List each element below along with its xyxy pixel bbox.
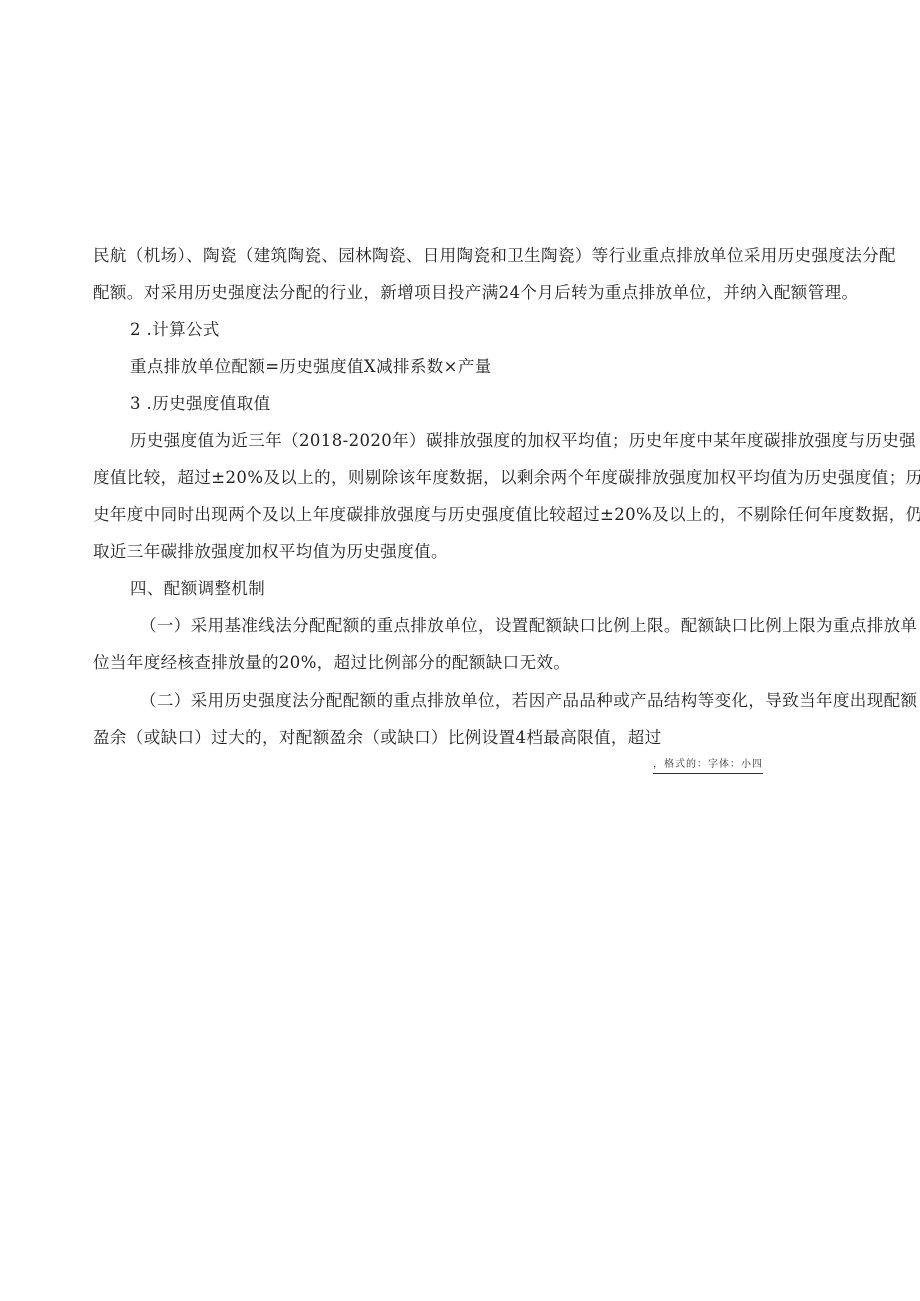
paragraph-line: 民航（机场）、陶瓷（建筑陶瓷、园林陶瓷、日用陶瓷和卫生陶瓷）等行业重点排放单位采… xyxy=(93,246,896,266)
section-heading: 四、配额调整机制 xyxy=(130,579,265,599)
paragraph-line: （二）采用历史强度法分配配额的重点排放单位，若因产品品种或产品结构等变化，导致当… xyxy=(140,691,917,711)
document-page: 民航（机场）、陶瓷（建筑陶瓷、园林陶瓷、日用陶瓷和卫生陶瓷）等行业重点排放单位采… xyxy=(0,0,920,1301)
format-annotation: ，格式的：字体：小四 xyxy=(653,759,763,774)
section-heading: 2 .计算公式 xyxy=(130,320,220,340)
paragraph-line: 取近三年碳排放强度加权平均值为历史强度值。 xyxy=(93,542,448,562)
section-heading: 3 .历史强度值取值 xyxy=(130,394,271,414)
paragraph-line: 史年度中同时出现两个及以上年度碳排放强度与历史强度值比较超过±20%及以上的，不… xyxy=(93,505,920,525)
paragraph-line: 位当年度经核查排放量的20%，超过比例部分的配额缺口无效。 xyxy=(93,653,570,673)
paragraph-line: 配额。对采用历史强度法分配的行业，新增项目投产满24个月后转为重点排放单位，并纳… xyxy=(93,283,858,303)
paragraph-line: 盈余（或缺口）过大的，对配额盈余（或缺口）比例设置4档最高限值，超过 xyxy=(93,728,662,748)
paragraph-line: 度值比较，超过±20%及以上的，则剔除该年度数据，以剩余两个年度碳排放强度加权平… xyxy=(93,468,920,488)
paragraph-line: （一）采用基准线法分配配额的重点排放单位，设置配额缺口比例上限。配额缺口比例上限… xyxy=(140,616,917,636)
formula-line: 重点排放单位配额=历史强度值X减排系数×产量 xyxy=(130,357,492,377)
paragraph-line: 历史强度值为近三年（2018-2020年）碳排放强度的加权平均值；历史年度中某年… xyxy=(130,431,916,451)
